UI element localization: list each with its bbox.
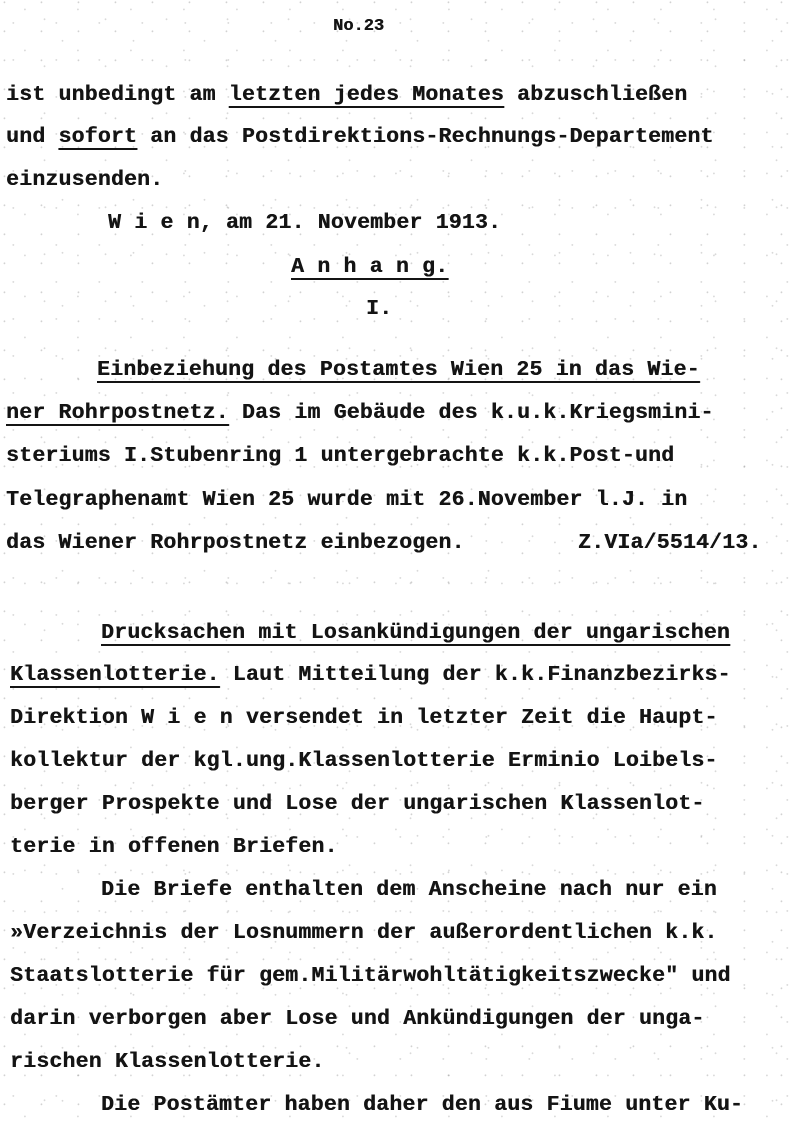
page-number: No.23 <box>333 14 384 40</box>
text: versendet in letzter Zeit die Haupt- <box>233 706 718 730</box>
section2-title-line-1: Drucksachen mit Losankündigungen der ung… <box>101 620 730 646</box>
intro-line-2: und sofort an das Postdirektions-Rechnun… <box>6 124 714 150</box>
text: Das im Gebäude des k.u.k.Kriegsmini- <box>229 401 714 425</box>
appendix-numeral: I. <box>366 296 392 322</box>
reference-number: Z.VIa/5514/13. <box>578 530 761 556</box>
section2-title-end: Klassenlotterie. <box>10 663 220 687</box>
section2-para3-line-1: Die Postämter haben daher den aus Fiume … <box>101 1092 743 1118</box>
section1-title-end: ner Rohrpostnetz. <box>6 401 229 425</box>
section2-line-2: Klassenlotterie. Laut Mitteilung der k.k… <box>10 662 731 688</box>
text: Direktion <box>10 706 141 730</box>
text: und <box>6 125 58 149</box>
section2-para2-line-1: Die Briefe enthalten dem Anscheine nach … <box>101 877 717 903</box>
section2-line-6: terie in offenen Briefen. <box>10 834 338 860</box>
section2-para2-line-2: »Verzeichnis der Losnummern der außerord… <box>10 920 718 946</box>
date: am 21. November 1913. <box>213 211 501 235</box>
section2-para2-line-5: rischen Klassenlotterie. <box>10 1049 324 1075</box>
section2-para2-line-4: darin verborgen aber Lose und Ankündigun… <box>10 1006 704 1032</box>
underlined-text: letzten jedes Monates <box>229 83 504 107</box>
section1-line-4: Telegraphenamt Wien 25 wurde mit 26.Nove… <box>6 487 687 513</box>
section2-para2-line-3: Staatslotterie für gem.Militärwohltätigk… <box>10 963 731 989</box>
text: an das Postdirektions-Rechnungs-Departem… <box>137 125 714 149</box>
text: Laut Mitteilung der k.k.Finanzbezirks- <box>220 663 731 687</box>
intro-line-3: einzusenden. <box>6 167 163 193</box>
city-name: W i e n, <box>108 211 213 235</box>
section1-line-3: steriums I.Stubenring 1 untergebrachte k… <box>6 443 674 469</box>
section2-line-4: kollektur der kgl.ung.Klassenlotterie Er… <box>10 748 718 774</box>
section1-title-line-1: Einbeziehung des Postamtes Wien 25 in da… <box>97 357 700 383</box>
text: ist unbedingt am <box>6 83 229 107</box>
document-page: No.23 ist unbedingt am letzten jedes Mon… <box>0 0 800 1121</box>
appendix-heading: A n h a n g. <box>291 254 448 280</box>
section2-line-5: berger Prospekte und Lose der ungarische… <box>10 791 704 817</box>
section1-line-5: das Wiener Rohrpostnetz einbezogen. <box>6 530 465 556</box>
intro-line-1: ist unbedingt am letzten jedes Monates a… <box>6 82 687 108</box>
section1-line-2: ner Rohrpostnetz. Das im Gebäude des k.u… <box>6 400 714 426</box>
underlined-text: sofort <box>58 125 137 149</box>
section2-line-3: Direktion W i e n versendet in letzter Z… <box>10 705 718 731</box>
place-date-line: W i e n, am 21. November 1913. <box>108 210 501 236</box>
text: abzuschließen <box>504 83 687 107</box>
city-name: W i e n <box>141 706 233 730</box>
